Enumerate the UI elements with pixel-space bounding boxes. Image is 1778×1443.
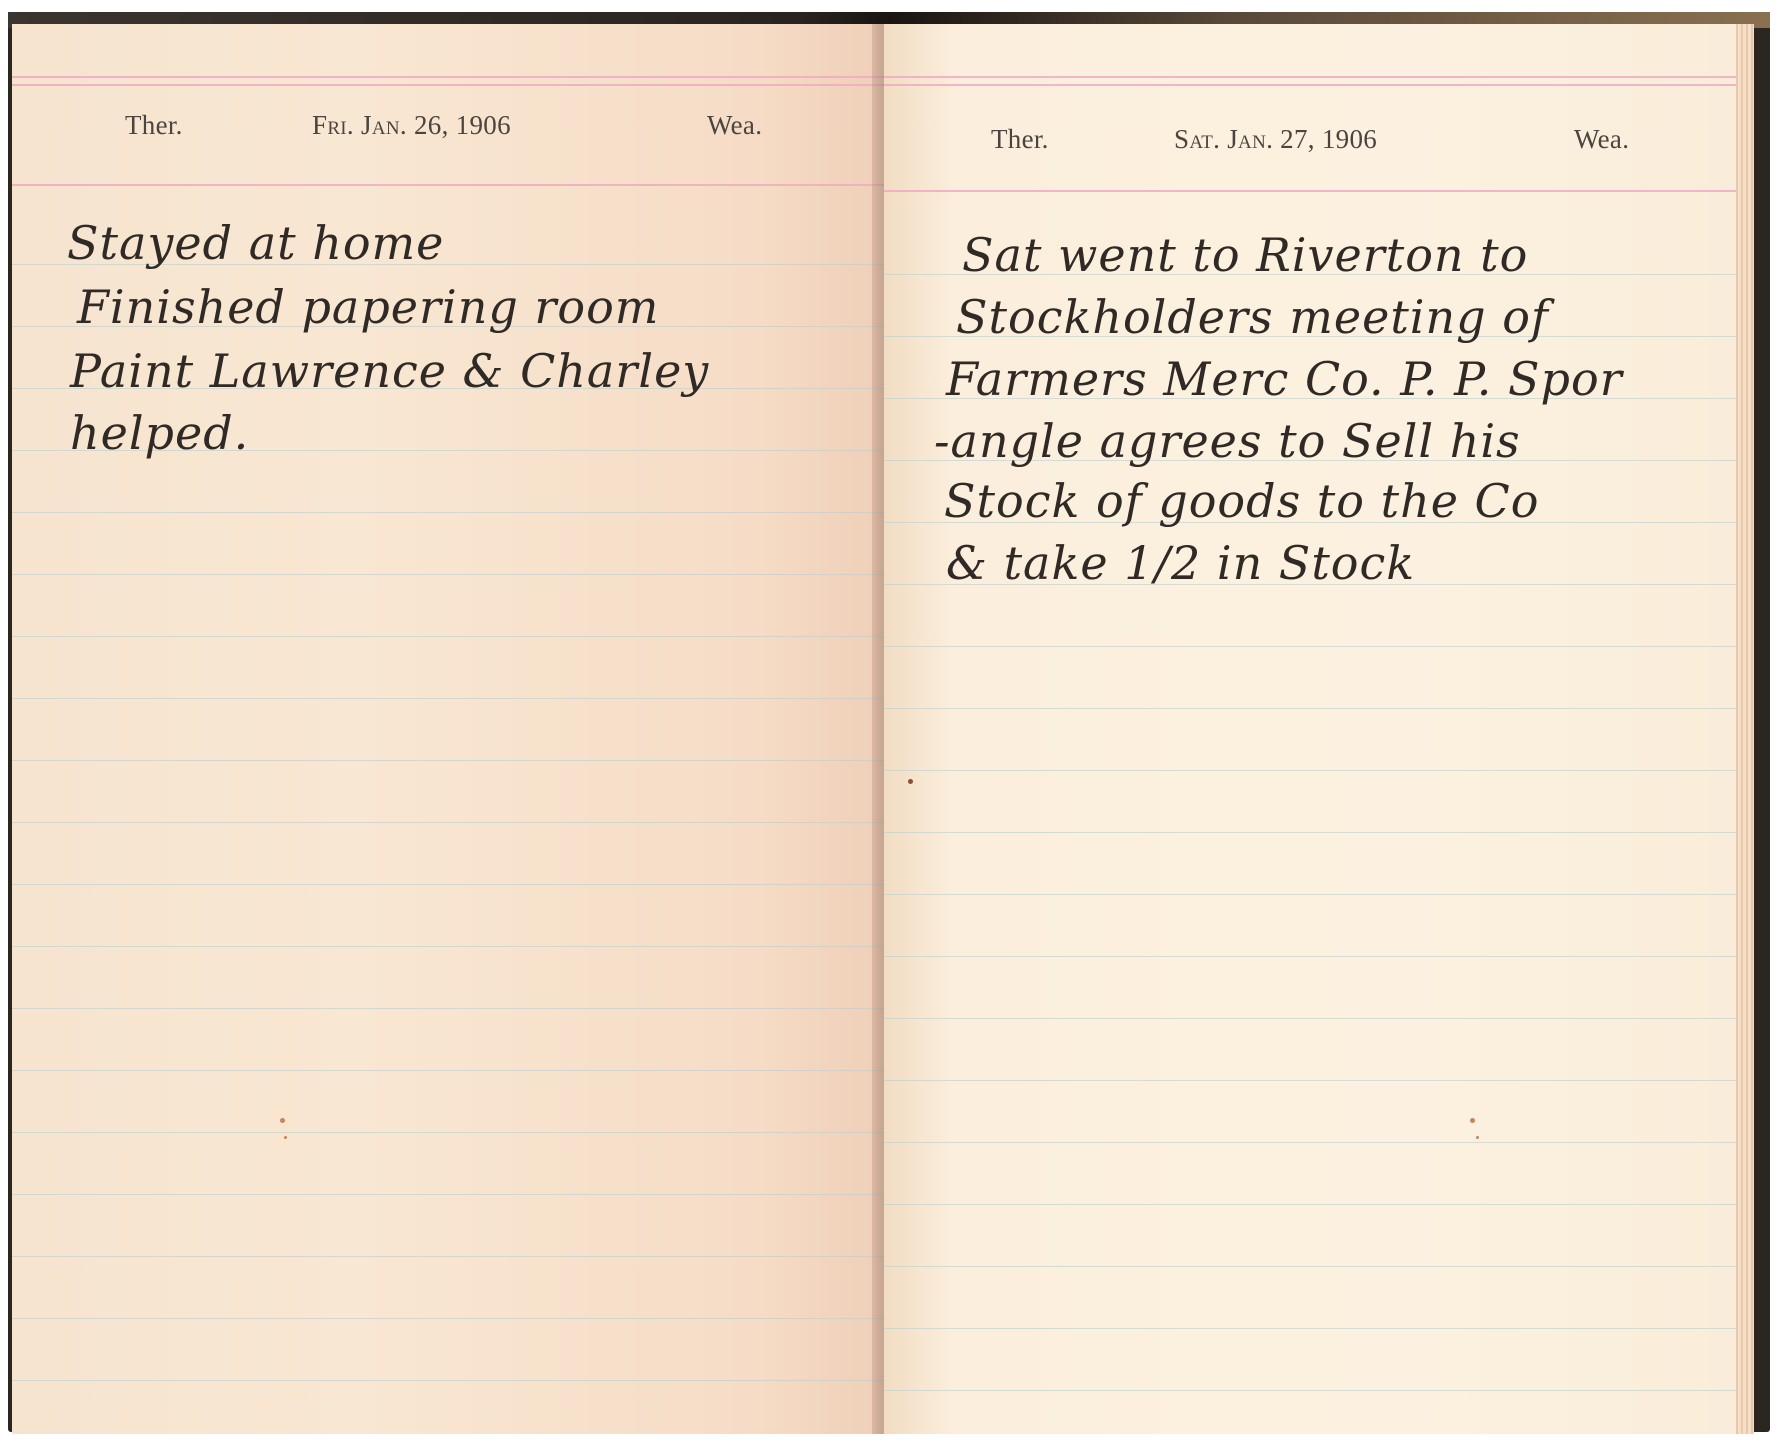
ruled-line	[12, 884, 884, 885]
foxing-spot	[1476, 1136, 1479, 1139]
foxing-spot	[284, 1136, 287, 1139]
page-fore-edge	[1736, 24, 1754, 1434]
weather-label: Wea.	[707, 110, 762, 141]
ruled-line	[884, 770, 1754, 771]
header-rule-top	[12, 76, 884, 78]
foxing-spot	[908, 779, 913, 784]
right-page: Ther. Sat. Jan. 27, 1906 Wea. Sat went t…	[884, 24, 1754, 1434]
ruled-line	[12, 512, 884, 513]
ruled-line	[12, 698, 884, 699]
handwritten-line: & take 1/2 in Stock	[946, 532, 1415, 594]
ruled-line	[884, 708, 1754, 709]
ruled-line	[12, 1318, 884, 1319]
foxing-spot	[280, 1118, 285, 1123]
handwritten-line: Finished papering room	[77, 276, 659, 338]
ruled-line	[12, 1070, 884, 1071]
left-page: Ther. Fri. Jan. 26, 1906 Wea. Stayed at …	[12, 24, 884, 1434]
ruled-line	[12, 1008, 884, 1009]
ruled-line	[884, 1328, 1754, 1329]
handwritten-line: Farmers Merc Co. P. P. Spor	[946, 348, 1623, 410]
ruled-line	[884, 956, 1754, 957]
ruled-line	[884, 894, 1754, 895]
ruled-line	[884, 1018, 1754, 1019]
ruled-line	[12, 760, 884, 761]
ruled-line	[884, 1142, 1754, 1143]
ruled-line	[884, 1204, 1754, 1205]
handwritten-line: Paint Lawrence & Charley	[70, 340, 709, 402]
weather-label: Wea.	[1574, 124, 1629, 155]
ruled-line	[884, 646, 1754, 647]
handwritten-line: -angle agrees to Sell his	[934, 410, 1521, 472]
ruled-line	[12, 822, 884, 823]
ruled-line	[884, 832, 1754, 833]
ruled-line	[12, 1132, 884, 1133]
ruled-line	[12, 636, 884, 637]
ruled-line	[12, 574, 884, 575]
handwritten-line: Stock of goods to the Co	[944, 470, 1539, 532]
ruled-line	[884, 1266, 1754, 1267]
handwritten-line: helped.	[70, 402, 249, 464]
header-rule-top-2	[12, 84, 884, 86]
ruled-line	[884, 1080, 1754, 1081]
ruled-line	[12, 1380, 884, 1381]
header-rule-top-2	[884, 84, 1754, 86]
header-rule-bottom	[884, 190, 1754, 192]
handwritten-line: Stockholders meeting of	[956, 286, 1549, 348]
handwritten-line: Stayed at home	[67, 212, 444, 274]
foxing-spot	[1470, 1118, 1475, 1123]
ruled-line	[884, 1390, 1754, 1391]
handwritten-line: Sat went to Riverton to	[962, 224, 1528, 286]
header-rule-top	[884, 76, 1754, 78]
page-date: Fri. Jan. 26, 1906	[312, 110, 511, 141]
ruled-line	[12, 1256, 884, 1257]
header-rule-bottom	[12, 184, 884, 186]
thermometer-label: Ther.	[125, 110, 183, 141]
ruled-line	[12, 946, 884, 947]
ruled-line	[12, 1194, 884, 1195]
page-date: Sat. Jan. 27, 1906	[1174, 124, 1377, 155]
thermometer-label: Ther.	[991, 124, 1049, 155]
